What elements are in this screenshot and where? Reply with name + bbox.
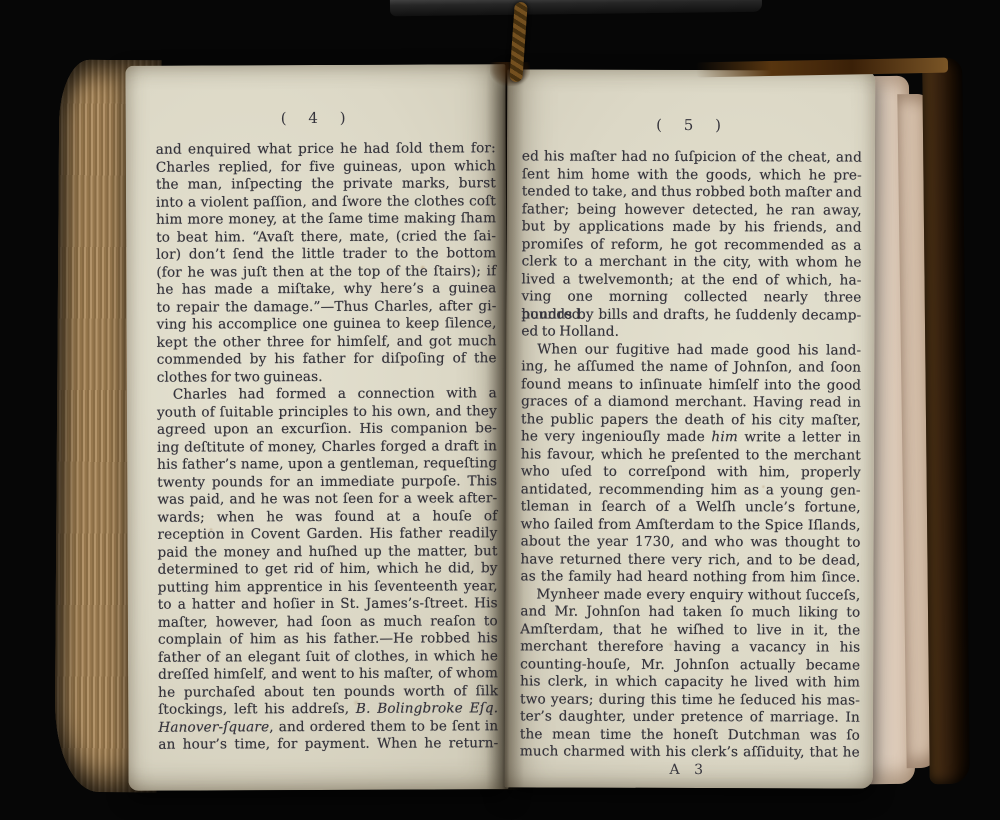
- text-line: and enquired what price he had ſold them…: [156, 140, 496, 159]
- right-page-top-burn-edge: [696, 58, 948, 78]
- text-line: was paid, and he was not ſeen for a week…: [157, 490, 497, 509]
- text-line: the mean time the honeſt Dutchman was ſo: [520, 726, 860, 745]
- book-spine-top: [390, 0, 762, 16]
- text-line: to a hatter and hoſier in St. James’s-ſt…: [158, 595, 498, 614]
- text-line: found means to inſinuate himſelf into th…: [521, 376, 861, 395]
- book-page-left: ( 4 ) and enquired what price he had ſol…: [125, 64, 508, 791]
- text-line: tleman in ſearch of a Welſh uncle’s fort…: [521, 498, 861, 517]
- text-line: his clerk, in which capacity he lived wi…: [520, 673, 860, 692]
- text-line: ſtockings, left his addreſs, B. Bolingbr…: [158, 700, 498, 719]
- page-number-left: ( 4 ): [126, 108, 506, 128]
- text-line: clerk to a merchant in the city, with wh…: [522, 253, 862, 272]
- text-line: Amſterdam, that he wiſhed to live in it,…: [520, 621, 860, 640]
- text-line: and Mr. Johnſon had taken ſo much liking…: [520, 603, 860, 622]
- text-line: ed his maſter had no ſuſpicion of the ch…: [522, 148, 862, 167]
- text-line: tended to take, and thus robbed both maſ…: [522, 183, 862, 202]
- text-line: graces of a diamond merchant. Having rea…: [521, 393, 861, 412]
- text-line: two years; during this time he ſeduced h…: [520, 691, 860, 710]
- text-line: youth of ſuitable principles to his own,…: [157, 403, 497, 422]
- text-line: Charles replied, for five guineas, upon …: [156, 158, 496, 177]
- text-line: ſent him home with the goods, which he p…: [522, 166, 862, 185]
- text-line: clothes for two guineas.: [157, 368, 497, 387]
- text-line: ving one morning collected nearly three …: [521, 288, 861, 307]
- text-line: who ſailed from Amſterdam to the Spice I…: [521, 516, 861, 535]
- text-line: twenty pounds for an immediate purpoſe. …: [157, 473, 497, 492]
- text-line: ving his accomplice one guinea to keep ſ…: [157, 315, 497, 334]
- text-line: counting-houſe, Mr. Johnſon actually bec…: [520, 656, 860, 675]
- text-line: his father’s name, upon a gentleman, req…: [157, 455, 497, 474]
- text-line: an hour’s time, for payment. When he ret…: [158, 735, 498, 754]
- text-line: wards; when he was found at a houſe of: [157, 508, 497, 527]
- text-line: lor) don’t ſend the little trader to the…: [156, 245, 496, 264]
- text-line: him more money, at the ſame time making …: [156, 210, 496, 229]
- text-line: he has made a miſtake, why here’s a guin…: [156, 280, 496, 299]
- text-line: Hanover-ſquare, and ordered them to be ſ…: [158, 718, 498, 737]
- text-line: determined to get rid of him, which he d…: [158, 560, 498, 579]
- page-text-right: ed his maſter had no ſuſpicion of the ch…: [520, 148, 862, 762]
- book-page-right: ( 5 ) ed his maſter had no ſuſpicion of …: [505, 69, 876, 788]
- text-line: as the family had heard nothing from him…: [520, 568, 860, 587]
- text-line: ing, he aſſumed the name of Johnſon, and…: [521, 358, 861, 377]
- text-line: kept the other three for himſelf, and go…: [157, 333, 497, 352]
- text-line: to repair the damage.”—Thus Charles, aft…: [156, 298, 496, 317]
- text-line: father of an elegant ſuit of clothes, in…: [158, 648, 498, 667]
- text-line: dreſſed himſelf, and went to his maſter,…: [158, 665, 498, 684]
- text-line: ing deſtitute of money, Charles forged a…: [157, 438, 497, 457]
- text-line: Mynheer made every enquiry without ſucce…: [520, 586, 860, 605]
- text-line: ter’s daughter, under pretence of marria…: [520, 708, 860, 727]
- text-line: have returned there very rich, and to be…: [521, 551, 861, 570]
- text-line: paid the money and huſhed up the matter,…: [158, 543, 498, 562]
- text-line: merchant therefore having a vacancy in h…: [520, 638, 860, 657]
- text-line: putting him apprentice in his ſeventeent…: [158, 578, 498, 597]
- text-line: ed to Holland.: [521, 323, 861, 342]
- text-line: Charles had formed a connection with a: [157, 385, 497, 404]
- text-line: promiſes of reform, he got recommended a…: [522, 236, 862, 255]
- text-line: When our fugitive had made good his land…: [521, 341, 861, 360]
- page-number-right: ( 5 ): [507, 115, 875, 134]
- photo-background: ( 4 ) and enquired what price he had ſol…: [0, 0, 1000, 820]
- text-line: into a violent paſſion, and ſwore the cl…: [156, 193, 496, 212]
- signature-mark: A 3: [505, 761, 873, 778]
- text-line: but by applications made by his friends,…: [522, 218, 862, 237]
- text-line: lived a twelvemonth; at the end of which…: [521, 271, 861, 290]
- text-line: to beat him. “Avaſt there, mate, (cried …: [156, 228, 496, 247]
- text-line: pounds by bills and drafts, he ſuddenly …: [521, 306, 861, 325]
- text-line: the man, inſpecting the private marks, b…: [156, 175, 496, 194]
- text-line: commended by his father for diſpoſing of…: [157, 350, 497, 369]
- text-line: his favour, which he preſented to the me…: [521, 446, 861, 465]
- text-line: about the year 1730, and who was thought…: [521, 533, 861, 552]
- text-line: (for he was juſt then at the top of the …: [156, 263, 496, 282]
- text-line: maſter, however, had ſoon as much reaſon…: [158, 613, 498, 632]
- text-line: he purchaſed about ten pounds worth of ſ…: [158, 683, 498, 702]
- text-line: complain of him as his father.—He robbed…: [158, 630, 498, 649]
- text-line: much charmed with his clerk’s aſſiduity,…: [520, 743, 860, 762]
- text-line: father; being however detected, he ran a…: [522, 201, 862, 220]
- text-line: he very ingeniouſly made him write a let…: [521, 428, 861, 447]
- book-cover-edge: [922, 58, 970, 784]
- text-line: who uſed to correſpond with him, properl…: [521, 463, 861, 482]
- text-line: reception in Covent Garden. His father r…: [157, 525, 497, 544]
- text-line: the public papers the death of his city …: [521, 411, 861, 430]
- page-text-left: and enquired what price he had ſold them…: [156, 140, 499, 754]
- text-line: agreed upon an excurſion. His companion …: [157, 420, 497, 439]
- text-line: antidated, recommending him as a young g…: [521, 481, 861, 500]
